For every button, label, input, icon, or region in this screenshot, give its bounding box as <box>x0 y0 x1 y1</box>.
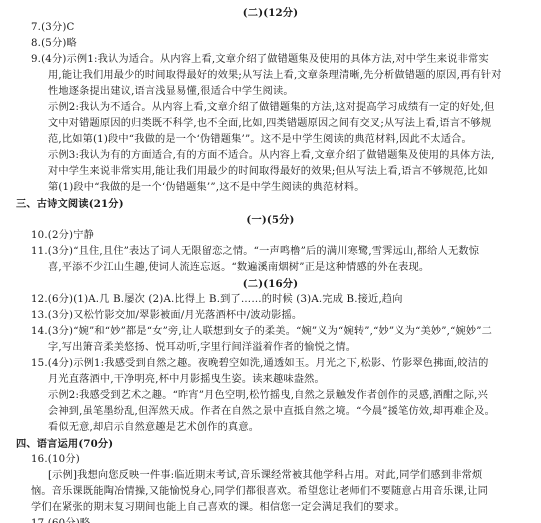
answer-q16-line-2: 恼。音乐课既能陶冶情操,又能愉悦身心,同学们都很喜欢。希望您让老师们不要随意占用… <box>31 485 488 499</box>
answer-q14-line-2: 字,写出箫音柔美悠扬、悦耳动听,字里行间洋溢着作者的愉悦之情。 <box>48 341 356 355</box>
answer-q15-line-4: 会神到,虽笔墨纷乱,但浑然天成。作者在自然之景中直抵自然之境。“今晨”援笔仿效,… <box>48 405 495 419</box>
answer-q16-line-1: [示例]我想向您反映一件事:临近期末考试,音乐课经常被其他学科占用。对此,同学们… <box>48 469 482 483</box>
answer-q14-line-1: 14.(3分)“婉”和“妙”都是“女”旁,让人联想到女子的柔美。“婉”义为“婉转… <box>31 325 492 339</box>
answer-q12: 12.(6分)(1)A.几 B.屡次 (2)A.比得上 B.到了……的时候 (3… <box>31 293 403 307</box>
answer-q11-line-2: 喜,平添不少江山生趣,使词人流连忘返。“数遍溪南烟树”正是这种情感的外在表现。 <box>48 261 429 275</box>
answer-q17: 17.(60分)略 <box>31 517 90 523</box>
answer-q7: 7.(3分)C <box>31 21 75 35</box>
answer-key-page: (二)(12分) 7.(3分)C 8.(5分)略 9.(4分)示例1:我认为适合… <box>0 0 541 523</box>
answer-q15-line-1: 15.(4分)示例1:我感受到自然之趣。夜晚碧空如洗,通透如玉。月光之下,松影、… <box>31 357 489 371</box>
answer-q9-line-3: 性地逐条提出建议,语言浅显易懂,很适合中学生阅读。 <box>48 85 294 99</box>
answer-q9-line-4: 示例2:我认为不适合。从内容上看,文章介绍了做错题集的方法,这对提高学习成绩有一… <box>48 101 495 115</box>
answer-q13: 13.(3分)又松竹影交加/翠影被面/月光落酒杯中/波动影摇。 <box>31 309 302 323</box>
answer-q9-line-1: 9.(4分)示例1:我认为适合。从内容上看,文章介绍了做错题集及使用的具体方法,… <box>31 53 489 67</box>
answer-q9-line-6: 范,比如第(1)段中“我做的是一个‘伪错题集’”。这不是中学生阅读的典范材料,因… <box>48 133 472 147</box>
answer-q10: 10.(2分)宁静 <box>31 229 94 243</box>
answer-q9-line-2: 用,能让我们用最少的时间取得最好的效果;从写法上看,文章条理清晰,先分析做错题的… <box>48 69 502 83</box>
answer-q8: 8.(5分)略 <box>31 37 77 51</box>
answer-q15-line-5: 看似无意,却启示自然意趣是艺术创作的真意。 <box>48 421 259 435</box>
subsection-heading-3-1: (一)(5分) <box>0 213 541 227</box>
answer-q15-line-2: 月光直落酒中,干净明亮,杯中月影摇曳生姿。读来趣味盎然。 <box>48 373 325 387</box>
answer-q9-line-7: 示例3:我认为有的方面适合,有的方面不适合。从内容上看,文章介绍了做错题集及使用… <box>48 149 495 163</box>
answer-q15-line-3: 示例2:我感受到艺术之趣。“昨宵”月色空明,松竹摇曳,自然之景触发作者创作的灵感… <box>48 389 488 403</box>
answer-q9-line-8: 对中学生来说非常实用,能让我们用最少的时间取得最好的效果;但从写法上看,语言不够… <box>48 165 488 179</box>
section-heading-3: 三、古诗文阅读(21分) <box>16 197 124 211</box>
section-heading-4: 四、语言运用(70分) <box>16 437 113 451</box>
subsection-heading-3-2: (二)(16分) <box>0 277 541 291</box>
answer-q9-line-9: 第(1)段中“我做的是一个‘伪错题集’”,这不是中学生阅读的典范材料。 <box>48 181 365 195</box>
answer-q16: 16.(10分) <box>31 453 80 467</box>
answer-q9-line-5: 文中对错题原因的归类既不科学,也不全面,比如,四类错题原因之间有交叉;从写法上看… <box>48 117 491 131</box>
answer-q11-line-1: 11.(3分)“且住,且住”表达了词人无限留恋之情。“一声鸣橹”后的满川寒鹭,雪… <box>31 245 479 259</box>
answer-q16-line-3: 学们在紧张的期末复习期间也能上自己喜欢的课。相信您一定会满足我们的要求。 <box>31 501 405 515</box>
subsection-heading-2: (二)(12分) <box>0 6 541 20</box>
